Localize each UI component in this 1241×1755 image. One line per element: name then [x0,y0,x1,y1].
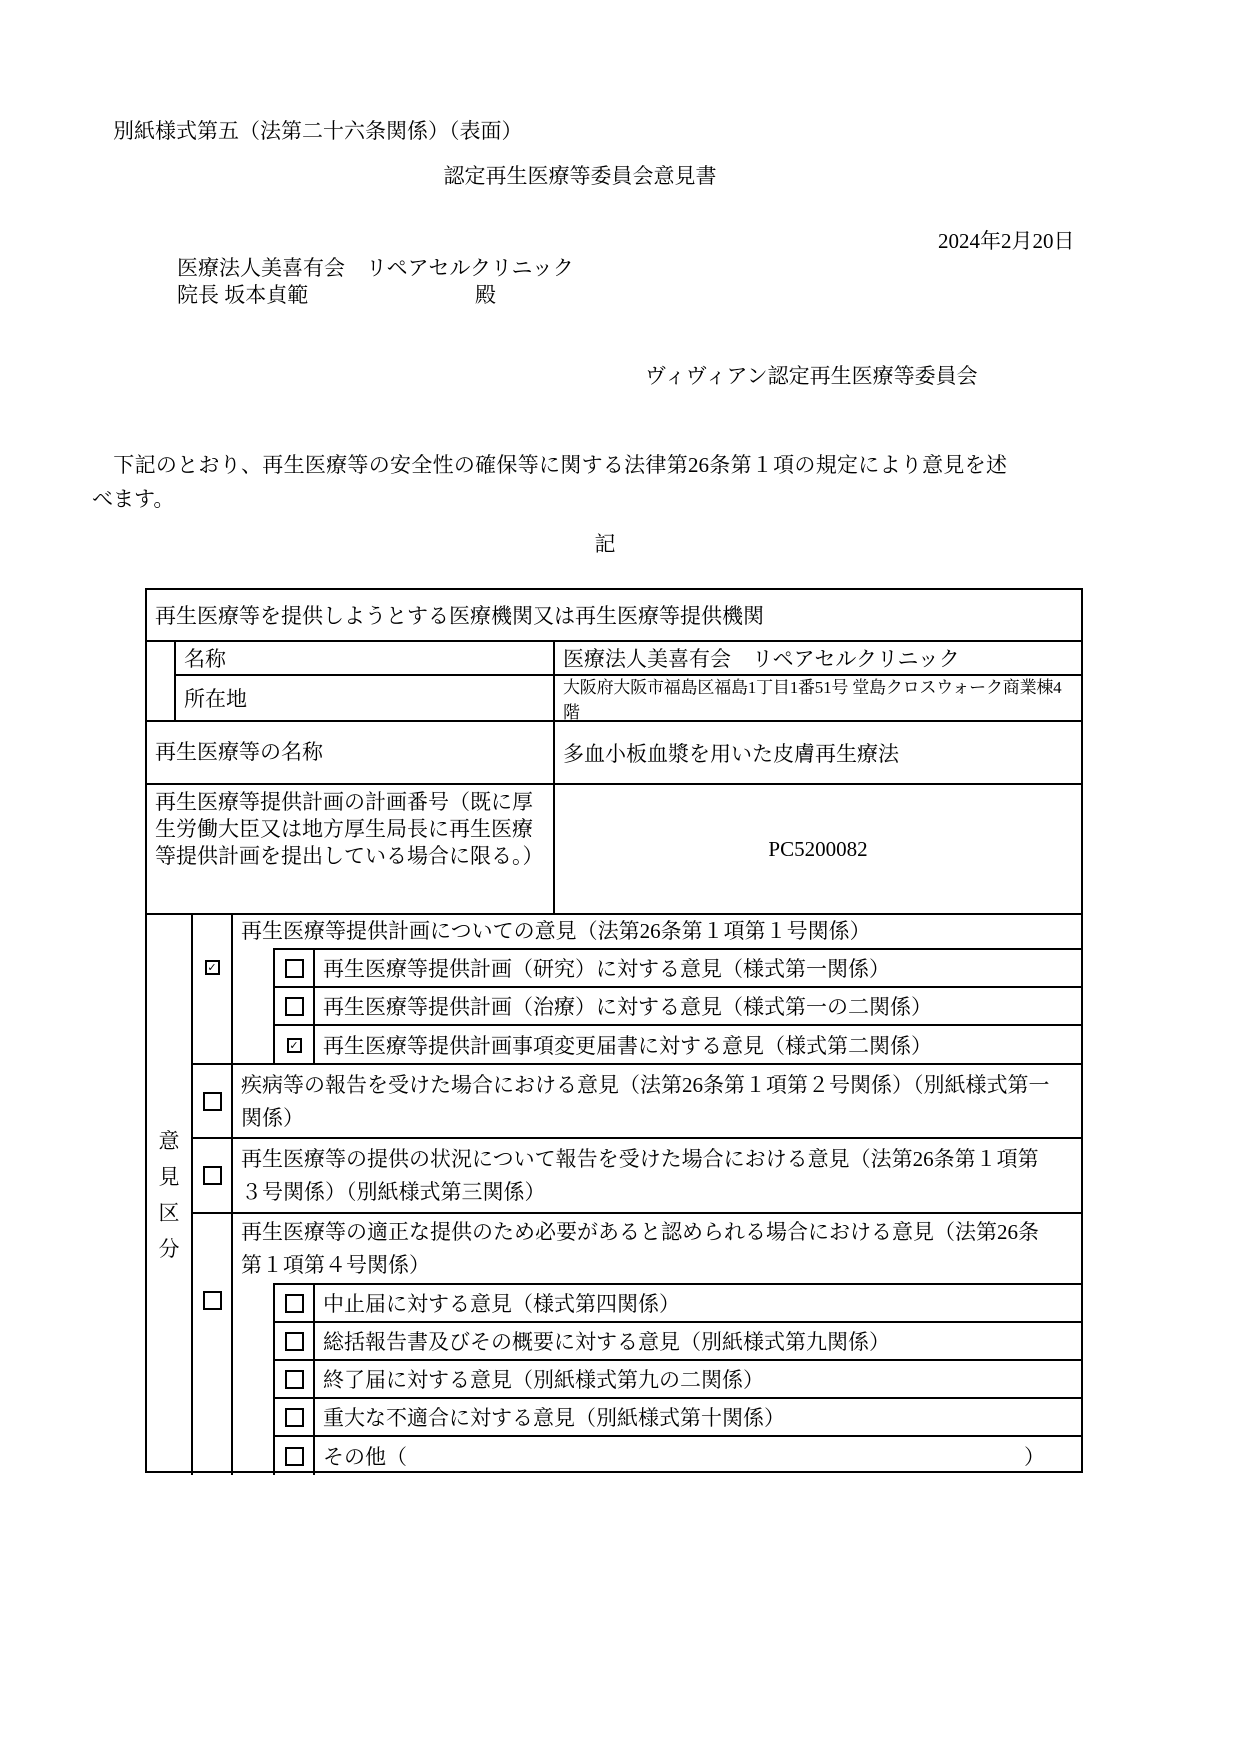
opinion-item-plan-research: 再生医療等提供計画（研究）に対する意見（様式第一関係） [275,950,1081,988]
plan-number-label: 再生医療等提供計画の計画番号（既に厚生労働大臣又は地方厚生局長に再生医療等提供計… [147,785,555,913]
treatment-name-label: 再生医療等の名称 [147,722,555,783]
opening-paragraph: 下記のとおり、再生医療等の安全性の確保等に関する法律第26条第１項の規定により意… [92,448,1007,516]
opinion-item-plan-treatment: 再生医療等提供計画（治療）に対する意見（様式第一の二関係） [275,988,1081,1026]
opinion-item-summary-report: 総括報告書及びその概要に対する意見（別紙様式第九関係） [275,1323,1081,1361]
opinion-group-disease-report: 疾病等の報告を受けた場合における意見（法第26条第１項第２号関係）（別紙様式第一… [193,1065,1081,1139]
document-title: 認定再生医療等委員会意見書 [444,164,717,188]
opinion-item-completion: 終了届に対する意見（別紙様式第九の二関係） [275,1361,1081,1399]
checkbox-plan-change-notification[interactable]: ✓ [287,1038,302,1053]
opinion-form-table: 再生医療等を提供しようとする医療機関又は再生医療等提供機関 名称 医療法人美喜有… [145,588,1083,1473]
opinion-item-completion-label: 終了届に対する意見（別紙様式第九の二関係） [323,1364,764,1394]
opinion-item-other-close-paren: ） [1024,1441,1045,1471]
opinion-item-other-label: その他（ [323,1441,407,1471]
checkbox-suspension-notification[interactable] [285,1294,304,1313]
title-row: 認定再生医療等委員会意見書 [0,160,1160,190]
opinion-item-other: その他（ ） [275,1437,1081,1475]
addressee-director: 院長 坂本貞範 [177,279,308,309]
opinion-category-label-cell: 意見区分 [147,915,193,1475]
checkbox-major-nonconformity[interactable] [285,1408,304,1427]
checkbox-proper-provision-group[interactable] [203,1291,222,1310]
provider-address-label: 所在地 [176,676,555,720]
treatment-name-row: 再生医療等の名称 多血小板血漿を用いた皮膚再生療法 [147,722,1081,785]
checkbox-completion-notification[interactable] [285,1370,304,1389]
opinion-item-plan-treatment-label: 再生医療等提供計画（治療）に対する意見（様式第一の二関係） [323,991,932,1021]
opinion-category-label: 意見区分 [157,1123,181,1267]
checkbox-provision-status-report[interactable] [203,1166,222,1185]
provider-header-text: 再生医療等を提供しようとする医療機関又は再生医療等提供機関 [155,600,764,630]
opinion-group-disease-report-header: 疾病等の報告を受けた場合における意見（法第26条第１項第２号関係）（別紙様式第一… [233,1065,1081,1139]
opinion-item-plan-change: ✓ 再生医療等提供計画事項変更届書に対する意見（様式第二関係） [275,1026,1081,1064]
opinion-item-suspension: 中止届に対する意見（様式第四関係） [275,1285,1081,1323]
opinion-item-nonconformity: 重大な不適合に対する意見（別紙様式第十関係） [275,1399,1081,1437]
plan-number-value: PC5200082 [555,785,1081,913]
issue-date: 2024年2月20日 [938,225,1075,255]
provider-header-cell: 再生医療等を提供しようとする医療機関又は再生医療等提供機関 [147,590,1081,642]
opinion-item-nonconformity-label: 重大な不適合に対する意見（別紙様式第十関係） [323,1402,785,1432]
checkbox-other[interactable] [285,1447,304,1466]
record-mark-row: 記 [0,528,1210,558]
provider-name-label: 名称 [176,642,555,674]
provider-address-row: 所在地 大阪府大阪市福島区福島1丁目1番51号 堂島クロスウォーク商業棟4階 [176,676,1081,720]
addressee-organization: 医療法人美喜有会 リペアセルクリニック [177,252,574,282]
opinion-group-status-report-header: 再生医療等の提供の状況について報告を受けた場合における意見（法第26条第１項第３… [233,1139,1081,1213]
opinion-classification-section: 意見区分 ✓ 再生医療等提供計画についての意見（法第26条第１項第１号関係） 再… [147,915,1081,1475]
committee-name: ヴィヴィアン認定再生医療等委員会 [645,360,978,390]
opinion-group-proper-provision-header: 再生医療等の適正な提供のため必要があると認められる場合における意見（法第26条第… [233,1214,1081,1283]
opinion-group-plan-header: 再生医療等提供計画についての意見（法第26条第１項第１号関係） [233,915,1081,948]
provider-detail-rows: 名称 医療法人美喜有会 リペアセルクリニック 所在地 大阪府大阪市福島区福島1丁… [147,642,1081,722]
opinion-group-status-report: 再生医療等の提供の状況について報告を受けた場合における意見（法第26条第１項第３… [193,1139,1081,1214]
checkbox-summary-report[interactable] [285,1332,304,1351]
plan-number-row: 再生医療等提供計画の計画番号（既に厚生労働大臣又は地方厚生局長に再生医療等提供計… [147,785,1081,915]
opinion-item-summary-report-label: 総括報告書及びその概要に対する意見（別紙様式第九関係） [323,1326,890,1356]
opinion-group-proper-provision: 再生医療等の適正な提供のため必要があると認められる場合における意見（法第26条第… [193,1214,1081,1475]
treatment-name-value: 多血小板血漿を用いた皮膚再生療法 [555,722,1081,783]
checkbox-disease-report[interactable] [203,1092,222,1111]
record-mark: 記 [595,532,616,556]
provider-name-value: 医療法人美喜有会 リペアセルクリニック [555,642,1081,674]
form-number-label: 別紙様式第五（法第二十六条関係）（表面） [113,115,523,145]
opinion-item-plan-research-label: 再生医療等提供計画（研究）に対する意見（様式第一関係） [323,953,890,983]
indent-spacer-cell [147,642,176,720]
checkbox-plan-research[interactable] [285,959,304,978]
opinion-item-plan-change-label: 再生医療等提供計画事項変更届書に対する意見（様式第二関係） [323,1030,932,1060]
opinion-group-plan: ✓ 再生医療等提供計画についての意見（法第26条第１項第１号関係） 再生医療等提… [193,915,1081,1065]
provider-address-value: 大阪府大阪市福島区福島1丁目1番51号 堂島クロスウォーク商業棟4階 [555,676,1081,720]
opinion-item-suspension-label: 中止届に対する意見（様式第四関係） [323,1288,680,1318]
addressee-honorific: 殿 [475,279,496,309]
checkbox-plan-treatment[interactable] [285,997,304,1016]
checkbox-plan-opinion-group[interactable]: ✓ [205,960,220,975]
provider-name-row: 名称 医療法人美喜有会 リペアセルクリニック [176,642,1081,676]
